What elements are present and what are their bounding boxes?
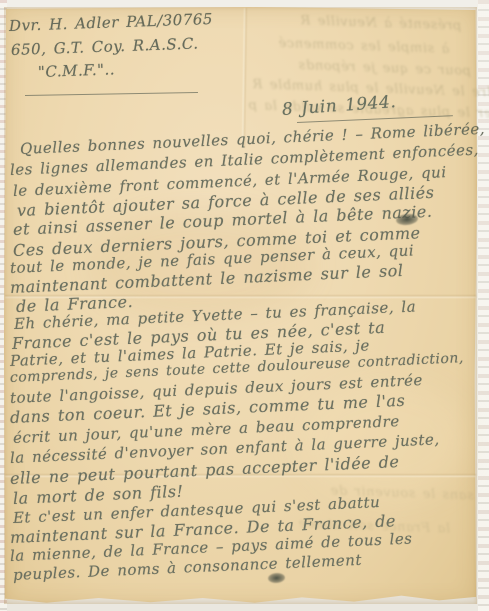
sender-theatre-cmf: "C.M.F.".. <box>38 60 116 81</box>
scanned-letter-page: présenté à Neuville R à simple les comme… <box>0 0 489 611</box>
